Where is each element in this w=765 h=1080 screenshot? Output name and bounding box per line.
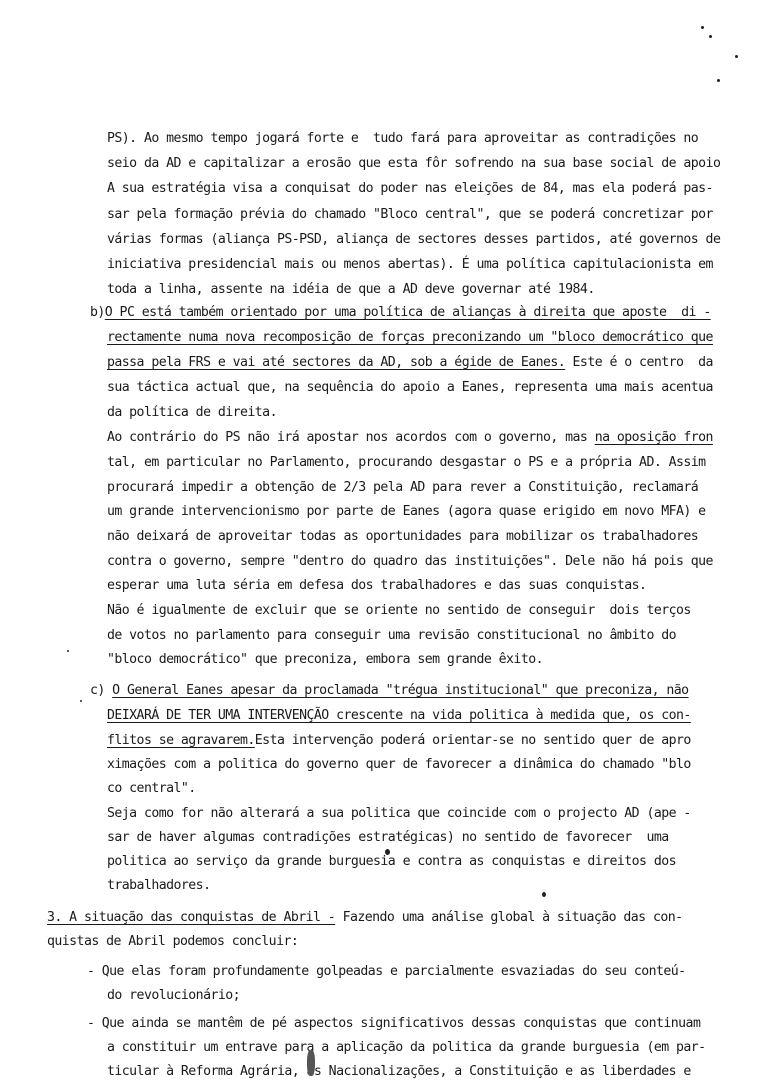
text-line: ticular à Reforma Agrária, as Nacionaliz… — [107, 1064, 691, 1080]
scan-speck — [80, 700, 82, 702]
text-line: - Que elas foram profundamente golpeadas… — [87, 964, 686, 980]
document-page: PS). Ao mesmo tempo jogará forte e tudo … — [0, 0, 765, 1080]
text-line: "bloco democrático" que preconiza, embor… — [107, 652, 543, 668]
text-span: Que elas foram profundamente golpeadas e… — [102, 964, 686, 979]
text-line: flitos se agravarem.Esta intervenção pod… — [107, 733, 691, 749]
text-span: Este é o centro da — [565, 355, 713, 370]
text-line: Não é igualmente de excluir que se orien… — [107, 603, 691, 619]
text-line: sar pela formação prévia do chamado "Blo… — [107, 207, 713, 223]
text-line: sua táctica actual que, na sequência do … — [107, 380, 713, 396]
text-line: da política de direita. — [107, 405, 277, 421]
scan-speck — [385, 849, 390, 855]
text-line: esperar uma luta séria em defesa dos tra… — [107, 578, 646, 594]
text-line: várias formas (aliança PS-PSD, aliança d… — [107, 232, 720, 248]
underlined-text: flitos se agravarem. — [107, 733, 255, 748]
scan-speck — [701, 26, 704, 29]
text-line: Seja como for não alterará a sua politic… — [107, 806, 691, 822]
list-marker-c: c) — [90, 683, 112, 698]
text-line: c) O General Eanes apesar da proclamada … — [90, 683, 689, 699]
text-line: Ao contrário do PS não irá apostar nos a… — [107, 430, 713, 446]
text-line: contra o governo, sempre "dentro do quad… — [107, 554, 713, 570]
text-line: quistas de Abril podemos concluir: — [47, 934, 298, 950]
text-line: sar de haver algumas contradições estrat… — [107, 830, 669, 846]
text-line: passa pela FRS e vai até sectores da AD,… — [107, 355, 713, 371]
text-line: trabalhadores. — [107, 878, 210, 894]
text-line: PS). Ao mesmo tempo jogará forte e tudo … — [107, 131, 698, 147]
text-line: rectamente numa nova recomposição de for… — [107, 330, 713, 346]
bullet-marker: - — [87, 1016, 102, 1031]
text-line: do revolucionário; — [107, 988, 240, 1004]
section-heading: 3. A situação das conquistas de Abril - … — [47, 910, 683, 926]
scan-speck — [735, 55, 738, 58]
text-line: ximações com a politica do governo quer … — [107, 757, 691, 773]
text-span: Ao contrário do PS não irá apostar nos a… — [107, 430, 595, 445]
text-line: - Que ainda se mantêm de pé aspectos sig… — [87, 1016, 700, 1032]
text-line: um grande intervencionismo por parte de … — [107, 504, 706, 520]
underlined-text: passa pela FRS e vai até sectores da AD,… — [107, 355, 565, 370]
text-line: não deixará de aproveitar todas as oport… — [107, 529, 698, 545]
text-line: tal, em particular no Parlamento, procur… — [107, 455, 706, 471]
text-line: procurará impedir a obtenção de 2/3 pela… — [107, 480, 698, 496]
scan-speck — [709, 35, 712, 38]
text-line: de votos no parlamento para conseguir um… — [107, 628, 676, 644]
text-line: b)O PC está também orientado por uma pol… — [90, 305, 711, 321]
underlined-text: na oposição fron — [595, 430, 713, 445]
bullet-marker: - — [87, 964, 102, 979]
scan-speck — [67, 650, 69, 652]
text-span: Esta intervenção poderá orientar-se no s… — [255, 733, 691, 748]
scan-speck — [542, 892, 546, 897]
scan-speck — [717, 79, 720, 82]
text-line: A sua estratégia visa a conquisat do pod… — [107, 181, 713, 197]
underlined-text: DEIXARÁ DE TER UMA INTERVENÇÃO crescente… — [107, 708, 691, 723]
text-line: seio da AD e capitalizar a erosão que es… — [107, 156, 720, 172]
underlined-text: O General Eanes apesar da proclamada "tr… — [112, 683, 688, 698]
list-marker-b: b) — [90, 305, 105, 320]
scan-speck — [307, 1050, 315, 1076]
underlined-heading: 3. A situação das conquistas de Abril - — [47, 910, 335, 925]
underlined-text: rectamente numa nova recomposição de for… — [107, 330, 713, 345]
text-line: politica ao serviço da grande burguesia … — [107, 854, 676, 870]
text-line: iniciativa presidencial mais ou menos ab… — [107, 257, 713, 273]
underlined-text: O PC está também orientado por uma polít… — [105, 305, 711, 320]
text-line: a constituir um entrave para a aplicação… — [107, 1040, 706, 1056]
text-line: DEIXARÁ DE TER UMA INTERVENÇÃO crescente… — [107, 708, 691, 724]
text-span: Que ainda se mantêm de pé aspectos signi… — [102, 1016, 701, 1031]
text-span: Fazendo uma análise global à situação da… — [335, 910, 682, 925]
text-line: toda a linha, assente na idéia de que a … — [107, 282, 595, 298]
text-line: co central". — [107, 781, 196, 797]
